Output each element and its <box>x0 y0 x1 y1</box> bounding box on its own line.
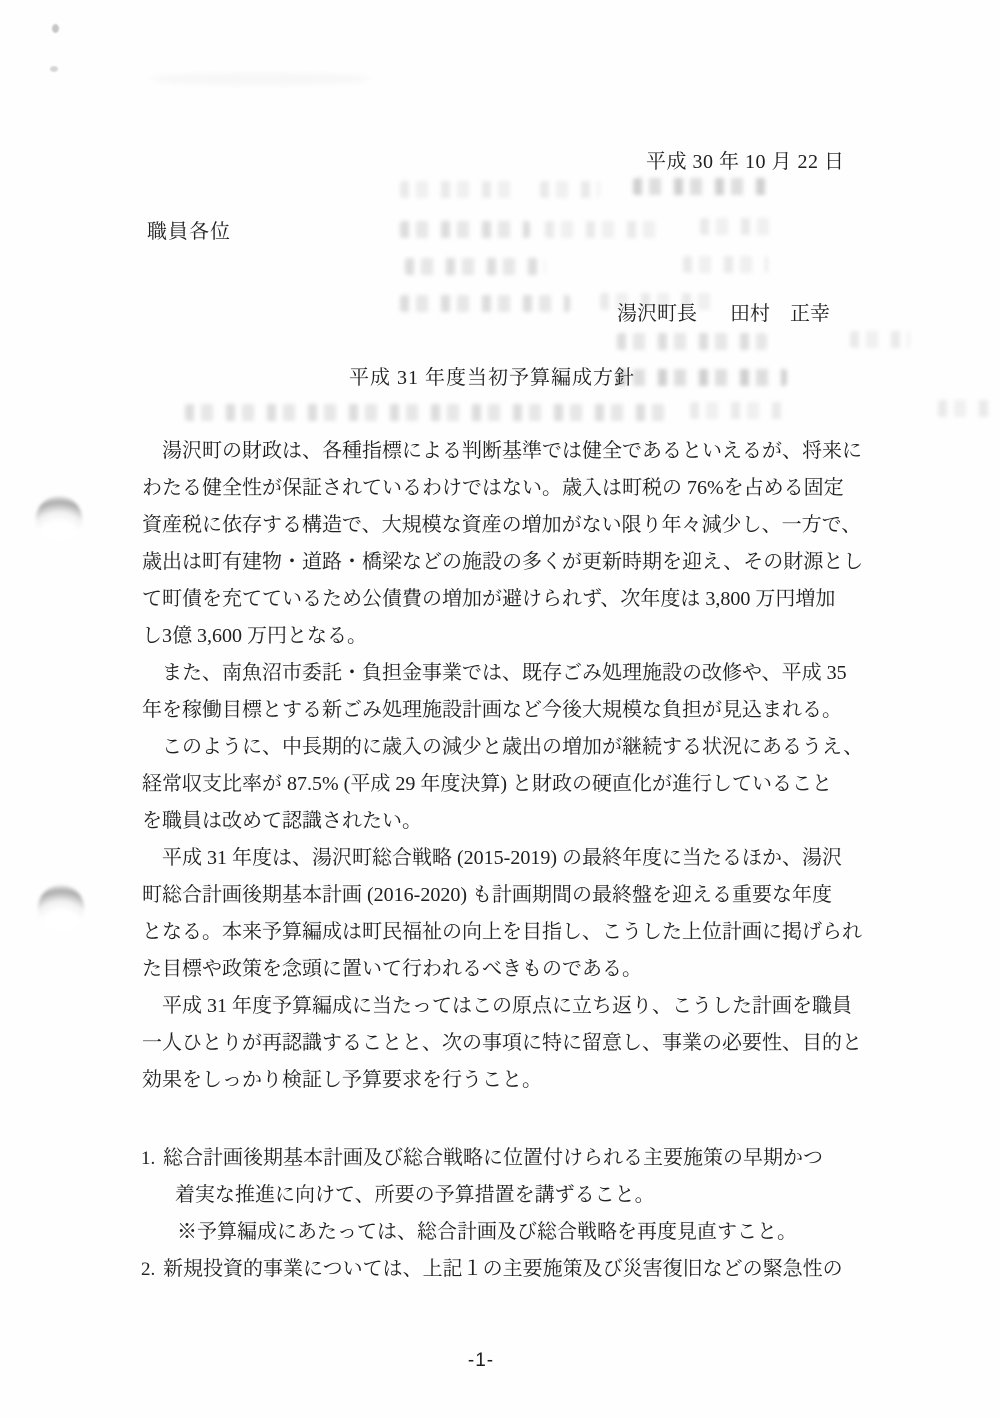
scanned-document-page: 平成 30 年 10 月 22 日 職員各位 湯沢町長田村 正幸 平成 31 年… <box>0 0 1000 1418</box>
body-line: し3億 3,600 万円となる。 <box>142 618 868 655</box>
bleed-through <box>683 256 768 273</box>
document-date: 平成 30 年 10 月 22 日 <box>646 145 845 174</box>
body-line: 歳出は町有建物・道路・橋梁などの施設の多くが更新時期を迎え、その財源とし <box>142 544 868 581</box>
bleed-through <box>938 400 993 417</box>
body-line: となる。本来予算編成は町民福祉の向上を目指し、こうした上位計画に掲げられ <box>142 914 868 951</box>
list-item-content: 総合計画後期基本計画及び総合戦略に位置付けられる主要施策の早期かつ着実な推進に向… <box>163 1140 875 1251</box>
scan-smudge <box>150 73 370 85</box>
body-line: て町債を充てているため公債費の増加が避けられず、次年度は 3,800 万円増加 <box>142 581 868 618</box>
page-number: -1- <box>0 1342 962 1379</box>
body-line: わたる健全性が保証されているわけではない。歳入は町税の 76%を占める固定 <box>142 470 868 507</box>
bleed-through <box>700 218 770 235</box>
body-line: 効果をしっかり検証し予算要求を行うこと。 <box>142 1062 868 1099</box>
sender-line: 湯沢町長田村 正幸 <box>617 297 830 326</box>
list-line: 総合計画後期基本計画及び総合戦略に位置付けられる主要施策の早期かつ <box>163 1140 875 1177</box>
bleed-through <box>617 333 767 350</box>
body-line: を職員は改めて認識されたい。 <box>142 803 868 840</box>
body-line: た目標や政策を念頭に置いて行われるべきものである。 <box>142 951 868 988</box>
list-item-content: 新規投資的事業については、上記１の主要施策及び災害復旧などの緊急性の <box>163 1251 875 1288</box>
sender-name: 田村 正幸 <box>730 303 830 325</box>
document-title: 平成 31 年度当初予算編成方針 <box>0 361 984 390</box>
body-line: 平成 31 年度予算編成に当たってはこの原点に立ち返り、こうした計画を職員 <box>142 988 868 1025</box>
document-body: 湯沢町の財政は、各種指標による判断基準では健全であるといえるが、将来にわたる健全… <box>142 433 868 1099</box>
list-line: 新規投資的事業については、上記１の主要施策及び災害復旧などの緊急性の <box>163 1251 875 1288</box>
body-line: 一人ひとりが再認識することと、次の事項に特に留意し、事業の必要性、目的と <box>142 1025 868 1062</box>
sender-title: 湯沢町長 <box>617 303 697 325</box>
bleed-through <box>545 221 660 238</box>
body-line: 町総合計画後期基本計画 (2016-2020) も計画期間の最終盤を迎える重要な… <box>142 877 868 914</box>
body-line: 経常収支比率が 87.5% (平成 29 年度決算) と財政の硬直化が進行してい… <box>142 766 868 803</box>
bleed-through <box>540 181 600 198</box>
punch-hole-shadow <box>36 496 82 542</box>
scan-speck <box>52 24 59 33</box>
list-marker: 1. <box>141 1140 163 1177</box>
body-line: 平成 31 年度は、湯沢町総合戦略 (2015-2019) の最終年度に当たるほ… <box>142 840 868 877</box>
bleed-through <box>185 404 665 421</box>
body-line: また、南魚沼市委託・負担金事業では、既存ごみ処理施設の改修や、平成 35 <box>142 655 868 692</box>
bleed-through <box>400 181 520 198</box>
bleed-through <box>690 402 785 419</box>
list-item: 1.総合計画後期基本計画及び総合戦略に位置付けられる主要施策の早期かつ着実な推進… <box>141 1140 875 1251</box>
body-line: 年を稼働目標とする新ごみ処理施設計画など今後大規模な負担が見込まれる。 <box>142 692 868 729</box>
scan-speck <box>50 66 58 72</box>
recipient-line: 職員各位 <box>147 215 231 244</box>
list-note-line: ※予算編成にあたっては、総合計画及び総合戦略を再度見直すこと。 <box>177 1214 875 1251</box>
body-line: 湯沢町の財政は、各種指標による判断基準では健全であるといえるが、将来に <box>142 433 868 470</box>
list-marker: 2. <box>141 1251 163 1288</box>
body-line: 資産税に依存する構造で、大規模な資産の増加がない限り年々減少し、一方で、 <box>142 507 868 544</box>
bleed-through <box>400 295 570 312</box>
punch-hole-shadow <box>38 885 84 931</box>
list-line: 着実な推進に向けて、所要の予算措置を講ずること。 <box>175 1177 875 1214</box>
numbered-list: 1.総合計画後期基本計画及び総合戦略に位置付けられる主要施策の早期かつ着実な推進… <box>141 1140 875 1288</box>
bleed-through <box>405 258 545 275</box>
bleed-through <box>400 221 530 238</box>
body-line: このように、中長期的に歳入の減少と歳出の増加が継続する状況にあるうえ、 <box>142 729 868 766</box>
bleed-through <box>850 331 910 348</box>
bleed-through <box>633 178 770 195</box>
list-item: 2.新規投資的事業については、上記１の主要施策及び災害復旧などの緊急性の <box>141 1251 875 1288</box>
